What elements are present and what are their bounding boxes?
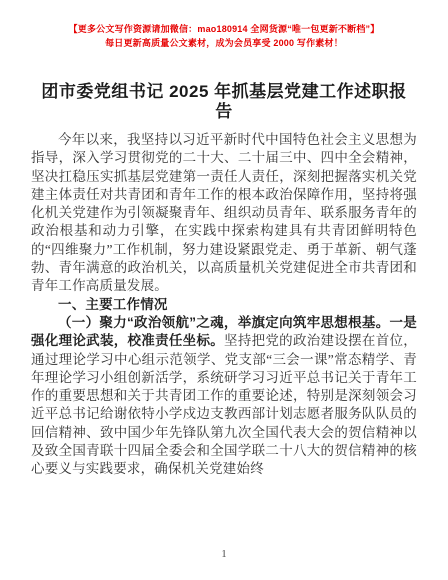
- paragraph-section-1-text: 坚持把党的政治建设摆在首位，通过理论学习中心组示范领学、党支部“三会一课”常态精…: [31, 333, 417, 476]
- watermark-ad: 【更多公文写作资源请加微信：mao180914 全网货源“唯一包更新不断档”】 …: [31, 0, 417, 50]
- paragraph-section-1: （一）聚力“政治领航”之魂，举旗定向筑牢思想根基。一是强化理论武装，校准责任坐标…: [31, 314, 417, 479]
- watermark-line-1: 【更多公文写作资源请加微信：mao180914 全网货源“唯一包更新不断档”】: [31, 22, 417, 36]
- paragraph-intro: 今年以来，我坚持以习近平新时代中国特色社会主义思想为指导，深入学习贯彻党的二十大…: [31, 131, 417, 296]
- watermark-line-2: 每日更新高质量公文素材，成为会员享受 2000 写作素材！: [31, 36, 417, 50]
- paragraph-section-1-lead: （一）聚力“政治领航”之魂，举旗定向筑牢思想根基。: [58, 315, 390, 330]
- document-title: 团市委党组书记 2025 年抓基层党建工作述职报告: [35, 82, 413, 122]
- section-heading-1: 一、主要工作情况: [31, 296, 417, 314]
- page-number: 1: [0, 549, 448, 560]
- document-page: 【更多公文写作资源请加微信：mao180914 全网货源“唯一包更新不断档”】 …: [0, 0, 448, 580]
- document-body: 今年以来，我坚持以习近平新时代中国特色社会主义思想为指导，深入学习贯彻党的二十大…: [31, 131, 417, 479]
